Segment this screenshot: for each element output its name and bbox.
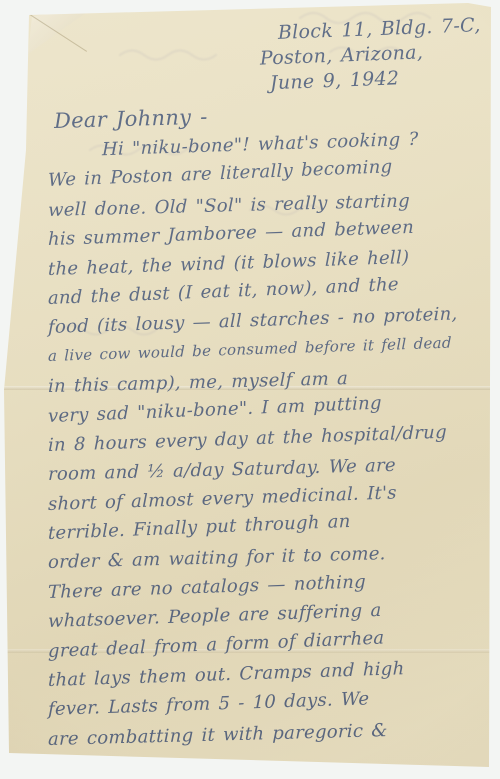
letter-body: Hi "niku-bone"! what's cooking ? We in P… [48, 141, 484, 758]
salutation: Dear Johnny - [54, 105, 208, 133]
letter-scan: Block 11, Bldg. 7-C, Poston, Arizona, Ju… [0, 0, 500, 779]
letter-heading: Block 11, Bldg. 7-C, Poston, Arizona, Ju… [250, 23, 481, 98]
letter-paper: Block 11, Bldg. 7-C, Poston, Arizona, Ju… [0, 0, 500, 779]
